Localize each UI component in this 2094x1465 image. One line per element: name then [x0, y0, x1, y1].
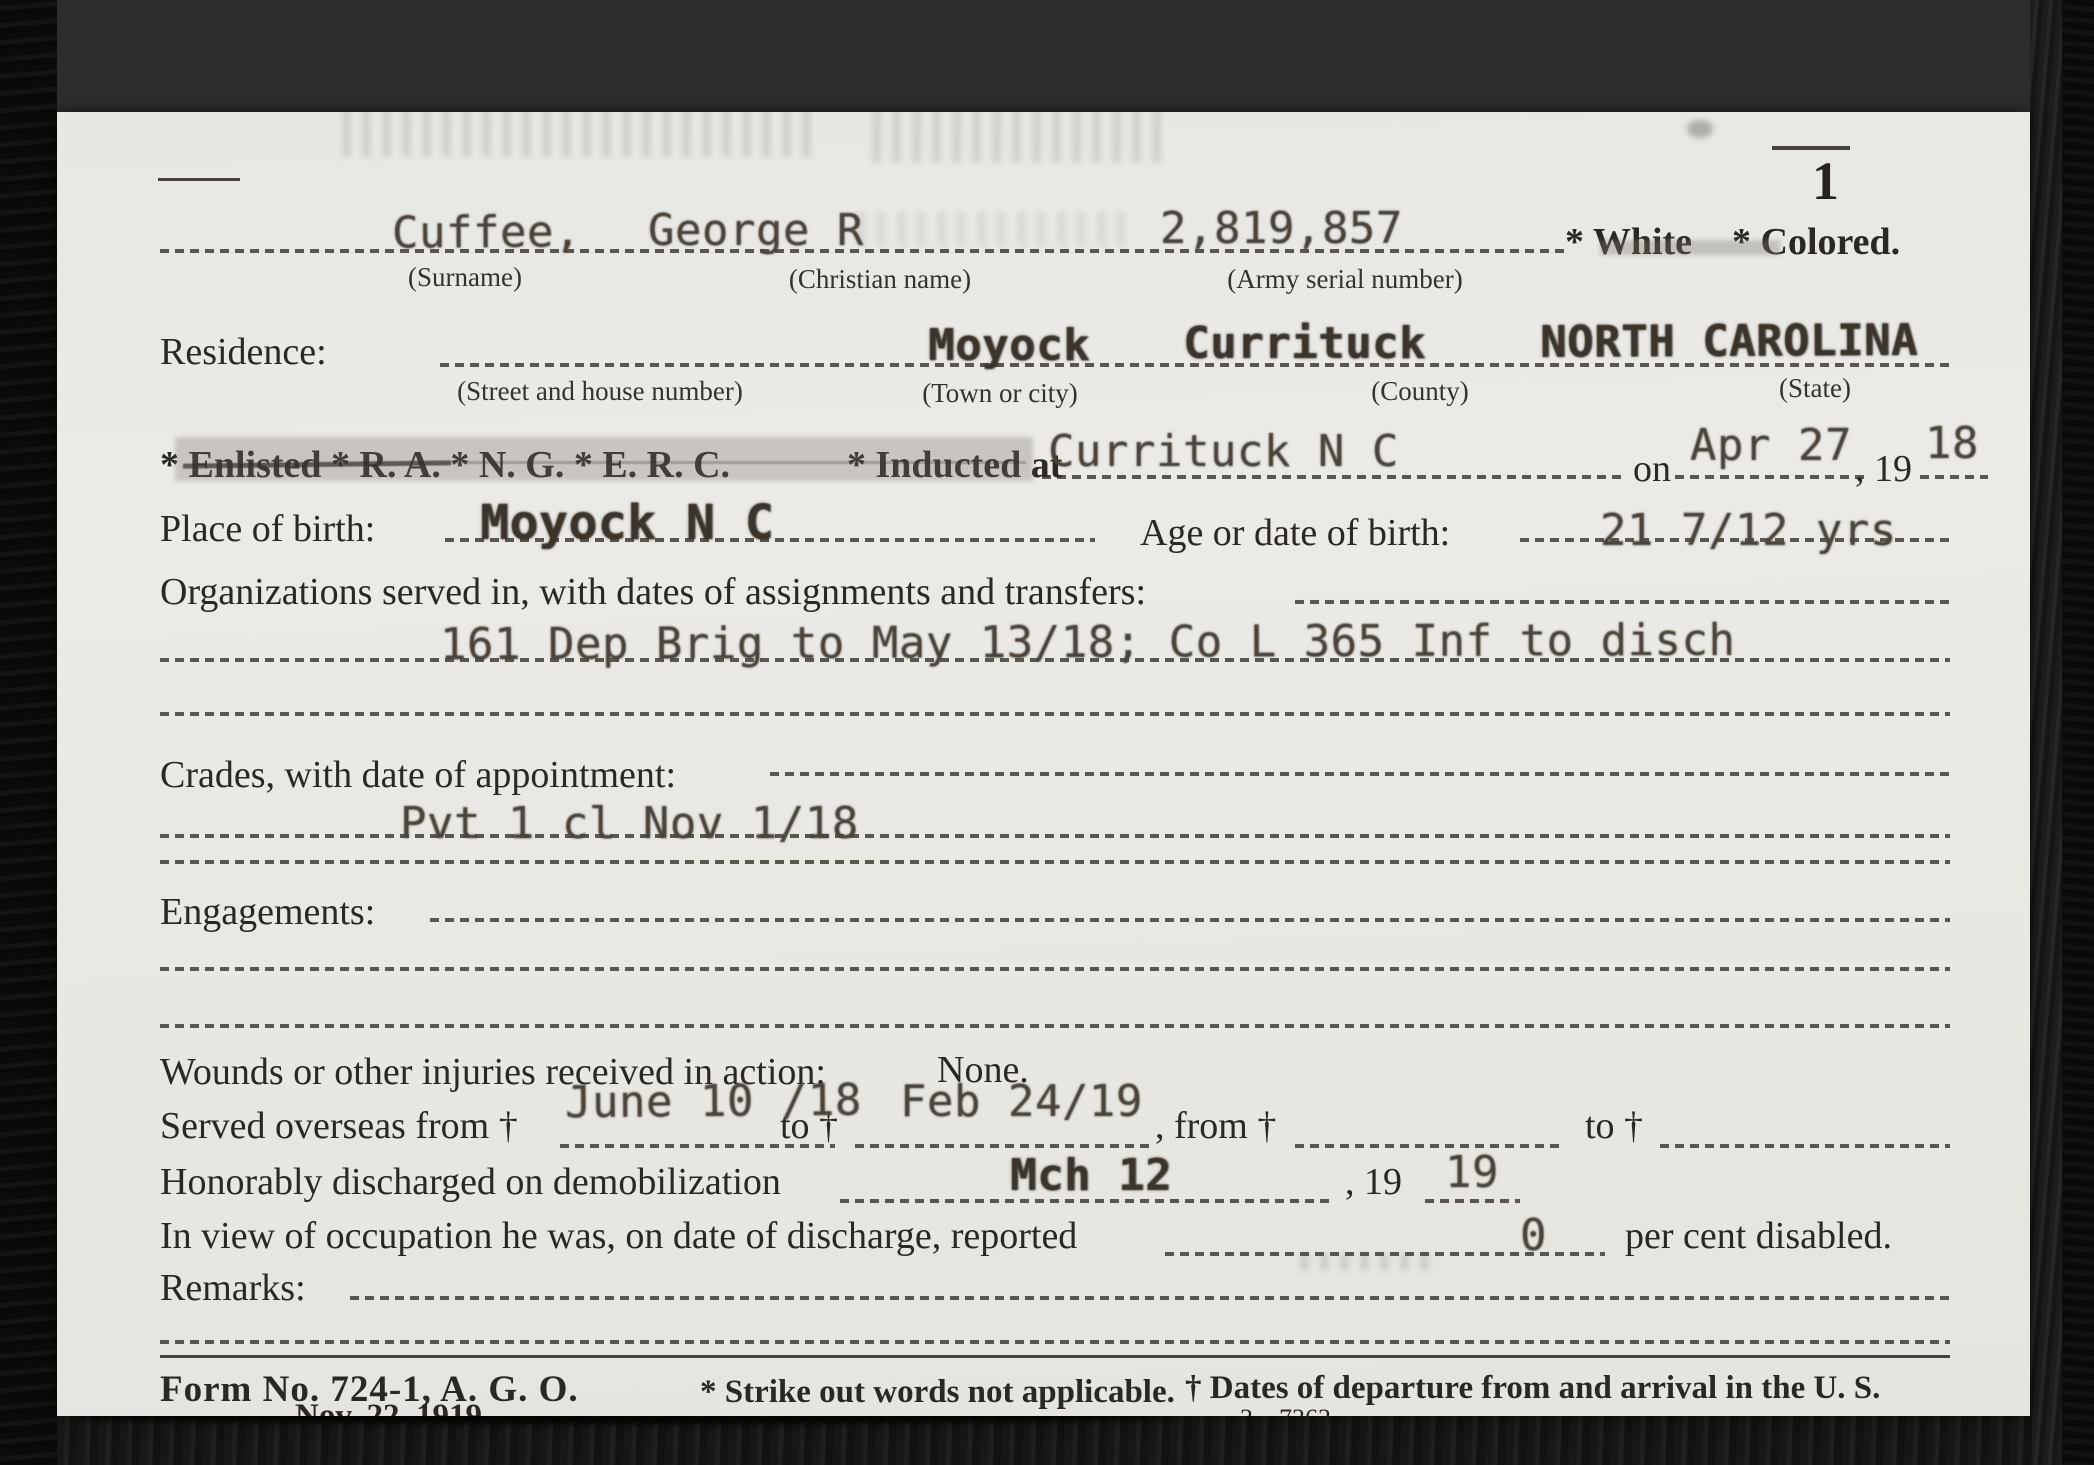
age-label: Age or date of birth:	[1140, 511, 1450, 555]
remarks-line-1	[350, 1296, 1950, 1300]
residence-county-value: Currituck	[1183, 318, 1426, 369]
discharge-label: Honorably discharged on demobilization	[160, 1160, 781, 1204]
street-label: (Street and house number)	[457, 376, 743, 407]
overseas-from1-value: June 10 /18	[565, 1075, 862, 1129]
grades-line-1	[770, 772, 1950, 776]
county-label: (County)	[1371, 376, 1469, 407]
birth-place-value: Moyock N C	[480, 495, 774, 551]
overseas-line-2	[855, 1144, 1150, 1148]
footer-rule	[160, 1355, 1950, 1358]
discharge-year-value: 19	[1445, 1147, 1499, 1198]
induction-year-line	[1920, 475, 1988, 479]
white-strike-smear	[1600, 240, 1780, 255]
stain	[1687, 120, 1713, 138]
grades-label: Crades, with date of appointment:	[160, 753, 676, 797]
overseas-from2-label: , from †	[1155, 1104, 1276, 1148]
state-label: (State)	[1779, 373, 1851, 404]
serial-number-label: (Army serial number)	[1227, 264, 1462, 295]
ghost-typewriting	[872, 112, 1172, 162]
residence-state-value: NORTH CAROLINA	[1540, 315, 1918, 368]
short-rule-left	[158, 178, 240, 181]
christian-name-label: (Christian name)	[789, 264, 971, 295]
overseas-to2-label: to †	[1585, 1104, 1643, 1148]
induction-date-line	[1675, 475, 1870, 479]
induction-year-prefix: , 19	[1855, 447, 1912, 491]
page-number: 1	[1812, 150, 1839, 212]
engagements-line-3	[160, 1024, 1950, 1028]
overseas-from1-label: Served overseas from †	[160, 1104, 518, 1148]
remarks-line-2	[160, 1340, 1950, 1344]
induction-date-value: Apr 27	[1690, 420, 1852, 471]
organizations-value: 161 Dep Brig to May 13/18; Co L 365 Inf …	[440, 615, 1736, 671]
overseas-line-4	[1660, 1144, 1950, 1148]
options-strikethrough	[451, 461, 1026, 464]
birth-place-label: Place of birth:	[160, 507, 375, 551]
residence-town-value: Moyock	[928, 320, 1090, 371]
options-smear	[175, 437, 1033, 481]
form-date: Nov. 22, 1919.	[295, 1398, 490, 1416]
engagements-line-2	[160, 967, 1950, 971]
organizations-line-1	[1295, 600, 1950, 604]
surname-label: (Surname)	[408, 262, 522, 293]
scan-background-top	[57, 0, 2032, 118]
age-value: 21 7/12 yrs	[1600, 505, 1897, 556]
organizations-line-3	[160, 712, 1950, 716]
grades-value: Pvt 1 cl Nov 1/18	[400, 798, 859, 849]
ghost-typewriting	[857, 212, 1137, 246]
disability-smudge	[1300, 1254, 1435, 1270]
scan-background-far-right	[2062, 0, 2094, 1465]
scan-background-right	[2030, 0, 2064, 1465]
serial-number-value: 2,819,857	[1160, 203, 1403, 254]
age-line	[1520, 538, 1950, 542]
induction-year-value: 18	[1925, 418, 1979, 469]
print-code: 3—7362	[1240, 1404, 1331, 1416]
discharge-year-line	[1425, 1199, 1520, 1203]
discharge-year-prefix: , 19	[1345, 1160, 1402, 1204]
surname-value: Cuffee,	[392, 206, 581, 258]
disability-suffix: per cent disabled.	[1625, 1214, 1892, 1258]
grades-line-3	[160, 860, 1950, 864]
overseas-to1-value: Feb 24/19	[900, 1076, 1143, 1127]
town-label: (Town or city)	[922, 378, 1078, 409]
disability-value: 0	[1520, 1210, 1547, 1261]
strike-note: * Strike out words not applicable.	[700, 1374, 1175, 1411]
inducted-place-value: Currituck N C	[1048, 426, 1399, 477]
record-card: 1 Cuffee, George R 2,819,857 * White * C…	[57, 112, 2030, 1416]
overseas-line-3	[1295, 1144, 1565, 1148]
dagger-note: † Dates of departure from and arrival in…	[1185, 1370, 1880, 1407]
remarks-label: Remarks:	[160, 1266, 306, 1310]
engagements-line-1	[430, 918, 1950, 922]
on-label: on	[1633, 447, 1671, 491]
organizations-label: Organizations served in, with dates of a…	[160, 570, 1146, 614]
discharge-date-value: Mch 12	[1010, 1150, 1172, 1201]
scan-background-left	[0, 0, 57, 1465]
ghost-typewriting	[342, 112, 822, 157]
scanned-service-record: 1 Cuffee, George R 2,819,857 * White * C…	[0, 0, 2094, 1465]
residence-label: Residence:	[160, 330, 327, 374]
engagements-label: Engagements:	[160, 890, 375, 934]
christian-name-value: George R	[648, 205, 864, 256]
disability-label: In view of occupation he was, on date of…	[160, 1214, 1077, 1258]
